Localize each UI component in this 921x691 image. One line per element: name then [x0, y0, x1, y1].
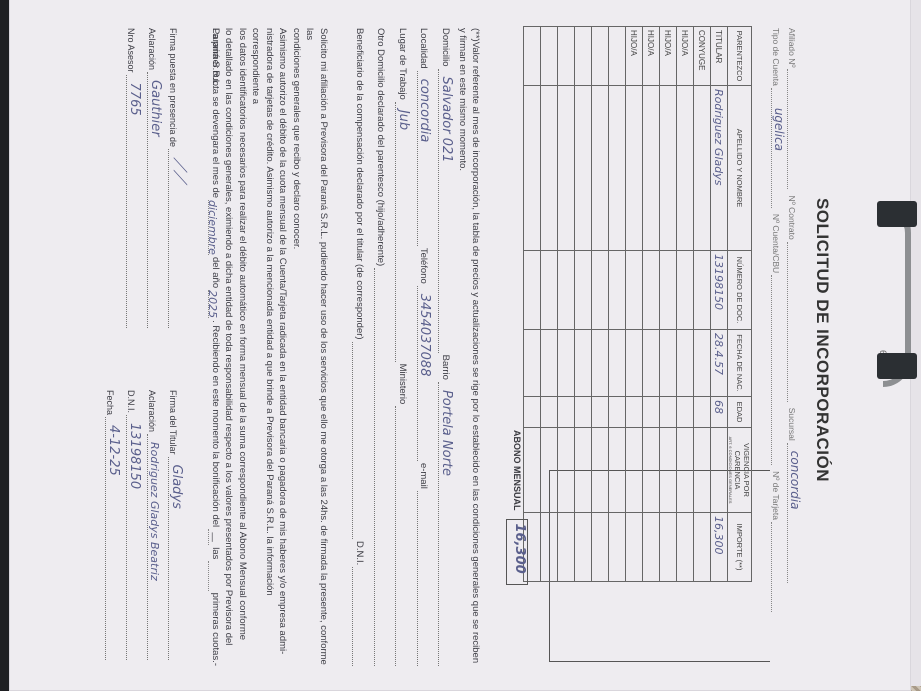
abono-mensual-label: ABONO MENSUAL	[512, 430, 522, 511]
abono-mensual-value[interactable]: 16,300	[506, 519, 528, 585]
table-cell[interactable]	[558, 330, 575, 397]
barrio-input[interactable]: Portela Norte	[439, 382, 451, 666]
bonus-input[interactable]: —	[209, 529, 220, 545]
table-cell[interactable]	[677, 513, 694, 582]
paragraph-line: los datos identificatorios necesarios pa…	[236, 28, 250, 666]
table-cell[interactable]: Rodriguez Gladys	[711, 86, 728, 251]
table-cell: HIJO/A	[677, 27, 694, 86]
afiliado-field[interactable]: Afiliado Nº	[787, 28, 798, 189]
nro-asesor-input[interactable]: 7765	[126, 75, 138, 328]
table-cell[interactable]	[626, 86, 643, 251]
authorization-paragraph: Solicito mi afiliación a Previsora del P…	[209, 28, 331, 666]
header-row-2: Tipo de Cuentaugelica Nº Cuenta/CBU Nº d…	[771, 28, 782, 660]
paragraph-line: Solicito mi afiliación a Previsora del P…	[303, 28, 330, 666]
table-cell: HIJO/A	[660, 27, 677, 86]
table-cell[interactable]	[541, 251, 558, 330]
table-row	[541, 27, 558, 582]
table-cell[interactable]	[609, 397, 626, 428]
table-cell[interactable]	[677, 330, 694, 397]
table-cell[interactable]	[524, 86, 541, 251]
otro-domicilio-row: Otro Domicilio declarado del parentesco …	[374, 28, 388, 666]
holder-signature-block: Firma del TitularGladys AclaraciónRodrig…	[96, 390, 180, 660]
form-title: SOLICITUD DE INCORPORACIÓN	[812, 0, 832, 690]
table-cell[interactable]	[660, 251, 677, 330]
table-cell[interactable]	[592, 397, 609, 428]
table-cell[interactable]	[694, 513, 711, 582]
table-cell[interactable]	[524, 251, 541, 330]
table-cell[interactable]	[711, 428, 728, 513]
table-cell[interactable]	[558, 397, 575, 428]
table-cell[interactable]: 28.4.57	[711, 330, 728, 397]
tarjeta-field[interactable]: Nº de Tarjeta	[771, 471, 782, 612]
table-cell[interactable]	[626, 428, 643, 513]
table-row: HIJO/A	[643, 27, 660, 582]
trabajo-row: Lugar de Trabajo Jub Ministerio	[396, 28, 410, 666]
table-cell[interactable]	[643, 251, 660, 330]
table-header: VIGENCIA POR CARENCIAART. 6 CONDICIONES …	[728, 428, 752, 513]
clipboard-clip	[861, 205, 921, 375]
table-cell[interactable]: 16,300	[711, 513, 728, 582]
table-cell[interactable]: 68	[711, 397, 728, 428]
table-cell[interactable]	[609, 330, 626, 397]
telefono-input[interactable]: 3454037088	[417, 286, 429, 461]
beneficiario-input[interactable]	[353, 342, 365, 539]
table-cell[interactable]	[626, 513, 643, 582]
table-cell[interactable]	[592, 86, 609, 251]
table-cell[interactable]	[677, 397, 694, 428]
table-cell[interactable]	[694, 428, 711, 513]
table-cell	[558, 27, 575, 86]
table-header: PARENTEZCO	[728, 27, 752, 86]
first-installment-line: La primer cuota se devengara el mes de d…	[209, 28, 223, 666]
family-members-table: PARENTEZCOAPELLIDO Y NOMBRENÚMERO DE DOC…	[523, 26, 752, 582]
table-cell[interactable]	[575, 397, 592, 428]
table-cell	[592, 27, 609, 86]
table-row: HIJO/A	[660, 27, 677, 582]
domicilio-input[interactable]: Salvador 021	[439, 69, 451, 353]
table-row: CONYUGE	[694, 27, 711, 582]
advisor-signature-block: Firma puesta en presencia de⟋⟋ Aclaració…	[117, 28, 180, 328]
table-row	[592, 27, 609, 582]
table-cell[interactable]	[626, 330, 643, 397]
table-cell[interactable]	[677, 428, 694, 513]
table-cell[interactable]	[677, 251, 694, 330]
table-cell[interactable]	[541, 428, 558, 513]
cuenta-cbu-field[interactable]: Nº Cuenta/CBU	[771, 214, 782, 465]
header-row-1: Afiliado Nº Nº Contrato Sucursalconcordi…	[787, 28, 798, 660]
table-cell[interactable]	[592, 513, 609, 582]
advisor-aclaracion-input[interactable]: Gauthier	[147, 72, 159, 328]
table-cell[interactable]	[660, 428, 677, 513]
table-cell: HIJO/A	[643, 27, 660, 86]
table-cell[interactable]	[609, 86, 626, 251]
table-cell[interactable]	[541, 513, 558, 582]
localidad-row: Localidad concordia Teléfono 3454037088 …	[417, 28, 431, 666]
table-cell[interactable]: 13198150	[711, 251, 728, 330]
table-cell[interactable]	[558, 251, 575, 330]
table-row: TITULARRodriguez Gladys1319815028.4.5768…	[711, 27, 728, 582]
beneficiario-dni-input[interactable]	[353, 567, 365, 666]
presence-signature-input[interactable]: ⟋⟋	[168, 149, 180, 328]
table-cell	[541, 27, 558, 86]
table-header: NÚMERO DE DOC.	[728, 251, 752, 330]
paragraph-line: condiciones generales que recibo y decla…	[290, 28, 304, 666]
application-form-page: 6/6 SOLICITUD DE INCORPORACIÓN Afiliado …	[10, 0, 910, 690]
table-cell[interactable]	[694, 86, 711, 251]
table-cell[interactable]	[660, 513, 677, 582]
domicilio-row: Domicilio Salvador 021 Barrio Portela No…	[439, 28, 453, 666]
table-header: APELLIDO Y NOMBRE	[728, 86, 752, 251]
titular-dni-input[interactable]: 13198150	[126, 415, 138, 660]
table-cell[interactable]	[643, 86, 660, 251]
table-cell[interactable]	[558, 428, 575, 513]
table-cell[interactable]	[643, 513, 660, 582]
email-input[interactable]	[417, 491, 429, 666]
table-cell[interactable]	[677, 86, 694, 251]
abono-mensual: ABONO MENSUAL 16,300	[506, 430, 528, 585]
table-cell[interactable]	[592, 330, 609, 397]
paragraph-line: nistradora de tarjetas de crédito. Asimi…	[249, 28, 276, 666]
paragraph-line: lo detallado en las condiciones generale…	[222, 28, 236, 666]
table-header: EDAD	[728, 397, 752, 428]
table-cell[interactable]	[575, 513, 592, 582]
table-cell[interactable]	[575, 251, 592, 330]
sucursal-field[interactable]: Sucursalconcordia	[787, 408, 798, 583]
year-input[interactable]: 2025	[209, 290, 220, 318]
ministerio-input[interactable]	[396, 406, 408, 666]
table-row	[575, 27, 592, 582]
localidad-input[interactable]: concordia	[417, 71, 429, 246]
table-cell[interactable]	[575, 330, 592, 397]
contrato-field[interactable]: Nº Contrato	[787, 195, 798, 401]
table-cell	[575, 27, 592, 86]
fecha-input[interactable]: 4-12-25	[105, 417, 117, 660]
table-cell[interactable]	[660, 330, 677, 397]
table-cell[interactable]	[609, 513, 626, 582]
table-cell[interactable]	[558, 86, 575, 251]
table-cell[interactable]	[541, 86, 558, 251]
table-cell[interactable]	[643, 330, 660, 397]
table-cell[interactable]	[541, 330, 558, 397]
titular-aclaracion-input[interactable]: Rodriguez Gladys Beatriz	[147, 434, 159, 660]
clipboard-sheet: 6/6 SOLICITUD DE INCORPORACIÓN Afiliado …	[0, 0, 921, 691]
table-cell: CONYUGE	[694, 27, 711, 86]
table-cell[interactable]	[643, 428, 660, 513]
beneficiario-row: Beneficiario de la compensación declarad…	[353, 28, 367, 666]
table-cell[interactable]	[524, 397, 541, 428]
table-cell[interactable]	[660, 86, 677, 251]
table-cell[interactable]	[660, 397, 677, 428]
table-cell	[524, 27, 541, 86]
month-input[interactable]: diciembre	[209, 200, 220, 255]
table-cell	[609, 27, 626, 86]
table-cell: TITULAR	[711, 27, 728, 86]
pricing-note-text: (**)Valor referente al mes de incorporac…	[456, 28, 483, 666]
table-cell[interactable]	[694, 397, 711, 428]
table-cell[interactable]	[626, 251, 643, 330]
tipo-cuenta-field[interactable]: Tipo de Cuentaugelica	[771, 28, 782, 208]
table-cell[interactable]	[609, 251, 626, 330]
table-header: IMPORTE (**)	[728, 513, 752, 582]
contact-fields: Domicilio Salvador 021 Barrio Portela No…	[353, 28, 453, 666]
lugar-trabajo-input[interactable]: Jub	[396, 102, 408, 362]
table-row	[609, 27, 626, 582]
table-cell[interactable]	[575, 428, 592, 513]
table-cell[interactable]	[575, 86, 592, 251]
cuotas-input[interactable]	[209, 561, 220, 590]
titular-signature-input[interactable]: Gladys	[168, 457, 180, 660]
table-cell[interactable]	[524, 330, 541, 397]
table-cell[interactable]	[558, 513, 575, 582]
otro-domicilio-input[interactable]	[374, 268, 386, 666]
table-row	[558, 27, 575, 582]
table-cell[interactable]	[592, 428, 609, 513]
table-header: FECHA DE NAC.	[728, 330, 752, 397]
table-cell[interactable]	[626, 397, 643, 428]
table-cell[interactable]	[609, 428, 626, 513]
table-cell[interactable]	[643, 397, 660, 428]
table-row: HIJO/A	[677, 27, 694, 582]
table-cell[interactable]	[541, 397, 558, 428]
table-row: HIJO/A	[626, 27, 643, 582]
table-cell[interactable]	[592, 251, 609, 330]
paragraph-line: Asimismo autorizo el débito de la cuota …	[276, 28, 290, 666]
table-cell: HIJO/A	[626, 27, 643, 86]
table-cell[interactable]	[694, 251, 711, 330]
table-cell[interactable]	[694, 330, 711, 397]
